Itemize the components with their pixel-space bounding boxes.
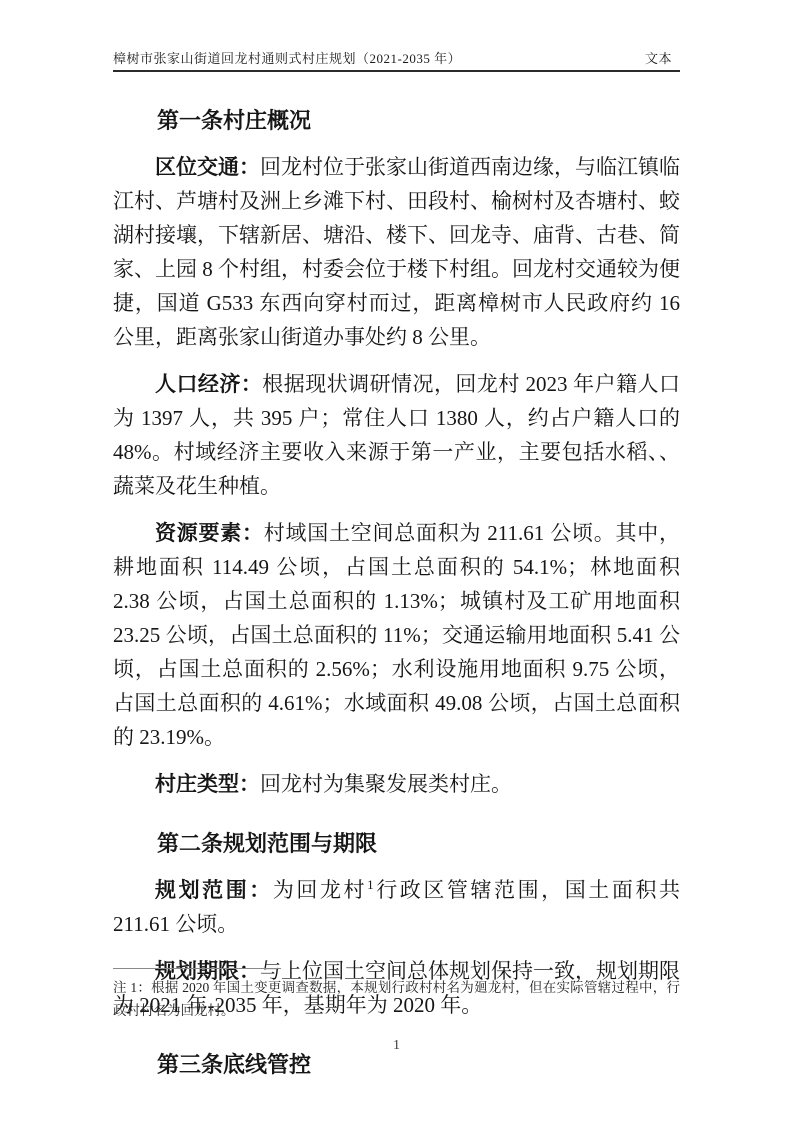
paragraph-lead: 区位交通：: [155, 155, 260, 179]
paragraph-resource-elements: 资源要素：村域国土空间总面积为 211.61 公顷。其中，耕地面积 114.49…: [113, 516, 680, 754]
footnote-separator-rule: [113, 968, 281, 969]
page-number: 1: [0, 1038, 793, 1054]
paragraph-location-traffic: 区位交通：回龙村位于张家山街道西南边缘，与临江镇临江村、芦塘村及洲上乡滩下村、田…: [113, 150, 680, 354]
header-doc-type: 文本: [645, 48, 680, 67]
footnote-text: 注 1：根据 2020 年国土变更调查数据，本规划行政村村名为廻龙村，但在实际管…: [113, 976, 680, 1022]
paragraph-text: 为回龙村: [273, 878, 367, 902]
paragraph-text: 回龙村位于张家山街道西南边缘，与临江镇临江村、芦塘村及洲上乡滩下村、田段村、榆树…: [113, 155, 680, 349]
paragraph-lead: 规划范围：: [155, 878, 273, 902]
paragraph-lead: 村庄类型：: [155, 772, 260, 796]
paragraph-text: 回龙村为集聚发展类村庄。: [260, 772, 512, 796]
section-heading-article-2: 第二条规划范围与期限: [113, 827, 680, 861]
document-body: 第一条村庄概况 区位交通：回龙村位于张家山街道西南边缘，与临江镇临江村、芦塘村及…: [113, 104, 680, 1082]
paragraph-lead: 资源要素：: [155, 521, 264, 545]
paragraph-population-economy: 人口经济：根据现状调研情况，回龙村 2023 年户籍人口为 1397 人，共 3…: [113, 367, 680, 503]
page-header: 樟树市张家山街道回龙村通则式村庄规划（2021-2035 年） 文本: [113, 48, 680, 72]
paragraph-planning-scope: 规划范围：为回龙村1行政区管辖范围，国土面积共 211.61 公顷。: [113, 873, 680, 941]
footnote-block: 注 1：根据 2020 年国土变更调查数据，本规划行政村村名为廻龙村，但在实际管…: [113, 968, 680, 1022]
section-heading-article-1: 第一条村庄概况: [113, 104, 680, 138]
document-page: 樟树市张家山街道回龙村通则式村庄规划（2021-2035 年） 文本 第一条村庄…: [0, 0, 793, 1122]
paragraph-village-type: 村庄类型：回龙村为集聚发展类村庄。: [113, 767, 680, 801]
paragraph-lead: 人口经济：: [155, 372, 262, 396]
paragraph-text: 村域国土空间总面积为 211.61 公顷。其中，耕地面积 114.49 公顷，占…: [113, 521, 680, 749]
header-title: 樟树市张家山街道回龙村通则式村庄规划（2021-2035 年）: [113, 48, 461, 67]
